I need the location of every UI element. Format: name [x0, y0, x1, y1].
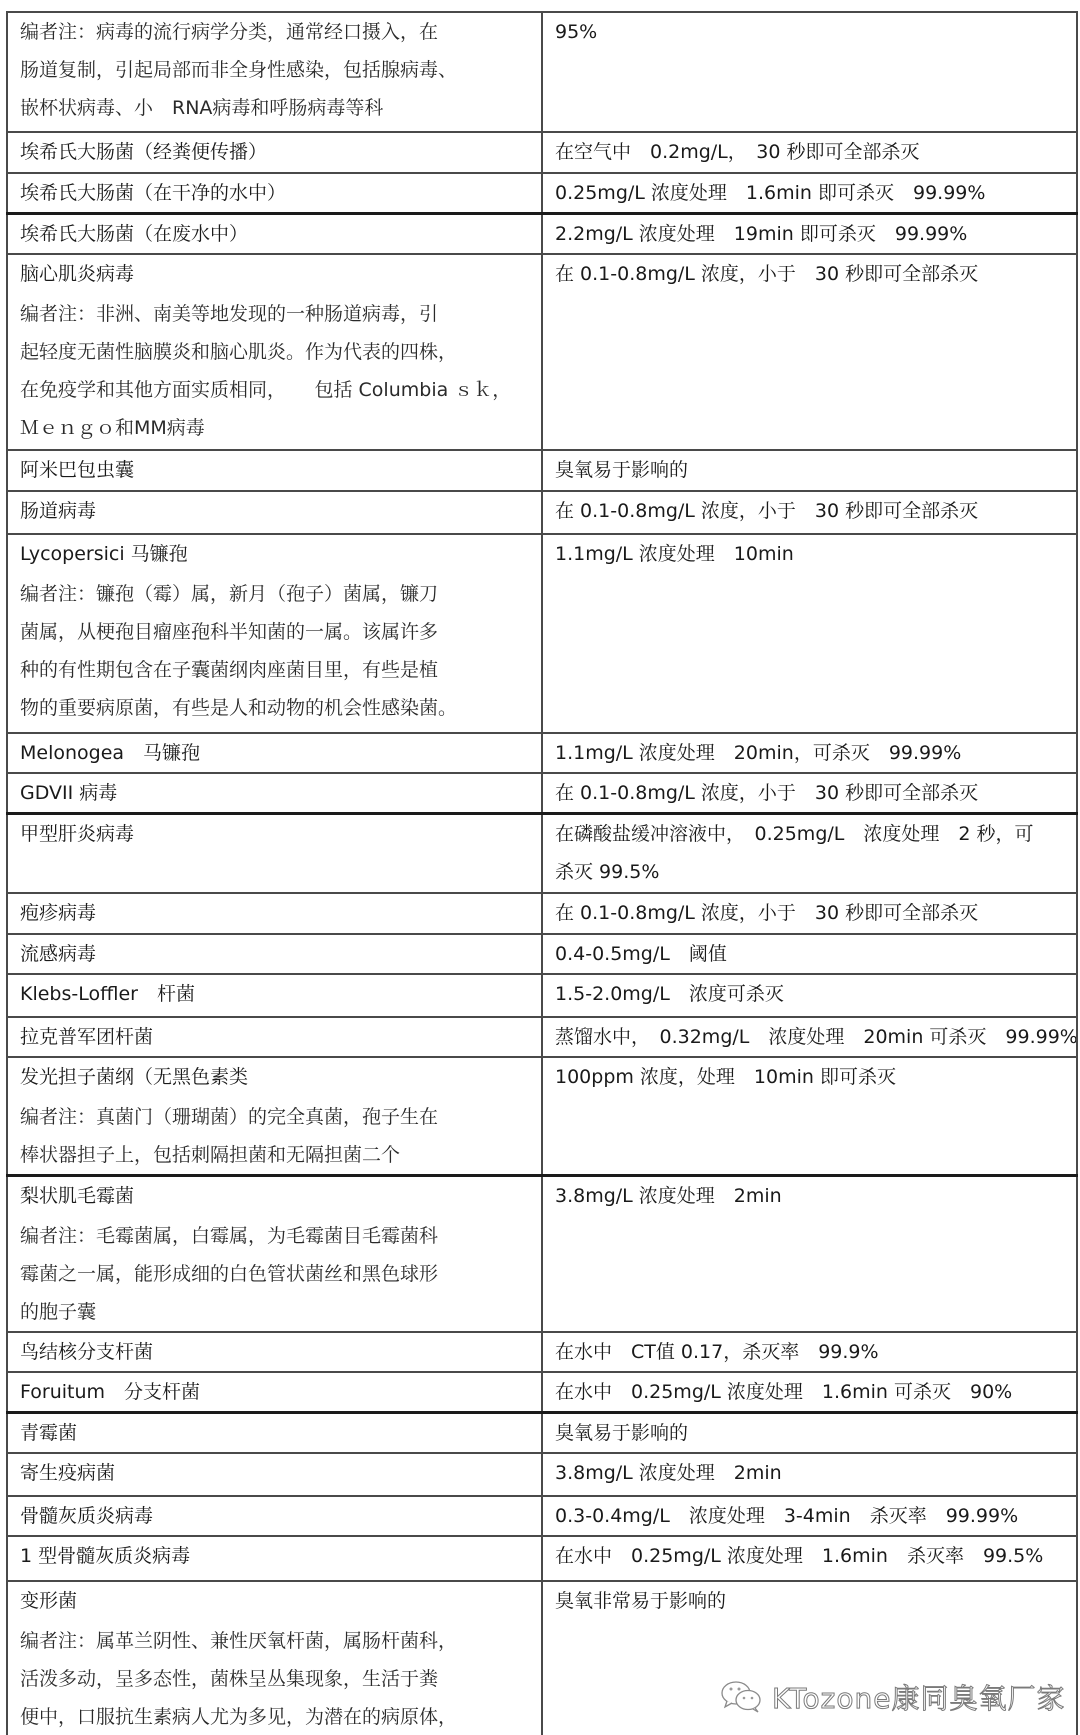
ozone-effect-cell: 95%: [542, 12, 1077, 132]
pathogen-name: 阿米巴包虫囊: [20, 451, 529, 489]
pathogen-name: 甲型肝炎病毒: [20, 815, 529, 853]
pathogen-cell: Foruitum 分支杆菌: [7, 1372, 542, 1413]
table-row: 编者注：病毒的流行病学分类，通常经口摄入，在肠道复制，引起局部而非全身性感染，包…: [7, 12, 1077, 132]
pathogen-cell: 埃希氏大肠菌（在废水中）: [7, 214, 542, 255]
ozone-effect-text: 蒸馏水中， 0.32mg/L 浓度处理 20min 可杀灭 99.99%: [555, 1018, 1064, 1056]
ozone-effect-cell: 2.2mg/L 浓度处理 19min 即可杀灭 99.99%: [542, 214, 1077, 255]
table-row: 青霉菌臭氧易于影响的: [7, 1413, 1077, 1454]
pathogen-name: 埃希氏大肠菌（在废水中）: [20, 215, 529, 253]
pathogen-cell: 甲型肝炎病毒: [7, 814, 542, 893]
pathogen-cell: 梨状肌毛霉菌编者注：毛霉菌属，白霉属，为毛霉菌目毛霉菌科霉菌之一属，能形成细的白…: [7, 1175, 542, 1332]
pathogen-cell: 骨髓灰质炎病毒: [7, 1496, 542, 1536]
table-row: Melonogea 马镰孢1.1mg/L 浓度处理 20min，可杀灭 99.9…: [7, 733, 1077, 773]
ozone-effect-cell: 臭氧易于影响的: [542, 1413, 1077, 1454]
table-row: 1 型骨髓灰质炎病毒在水中 0.25mg/L 浓度处理 1.6min 杀灭率 9…: [7, 1536, 1077, 1581]
watermark-text: KTozone康同臭氧厂家: [772, 1677, 1065, 1717]
pathogen-cell: 寄生疫病菌: [7, 1453, 542, 1496]
editor-note-line: 编者注：镰孢（霉）属，新月（孢子）菌属，镰刀: [20, 575, 529, 613]
table-row: 埃希氏大肠菌（经粪便传播）在空气中 0.2mg/L， 30 秒即可全部杀灭: [7, 132, 1077, 173]
ozone-effect-cell: 在水中 0.25mg/L 浓度处理 1.6min 杀灭率 99.5%: [542, 1536, 1077, 1581]
pathogen-name: 肠道病毒: [20, 492, 529, 530]
ozone-effect-text: 1.1mg/L 浓度处理 10min: [555, 535, 1064, 573]
table-row: 脑心肌炎病毒编者注：非洲、南美等地发现的一种肠道病毒，引起轻度无菌性脑膜炎和脑心…: [7, 254, 1077, 450]
table-row: 寄生疫病菌3.8mg/L 浓度处理 2min: [7, 1453, 1077, 1496]
ozone-effect-cell: 3.8mg/L 浓度处理 2min: [542, 1175, 1077, 1332]
pathogen-cell: 青霉菌: [7, 1413, 542, 1454]
ozone-effect-cell: 0.25mg/L 浓度处理 1.6min 即可杀灭 99.99%: [542, 173, 1077, 214]
ozone-effect-cell: 蒸馏水中， 0.32mg/L 浓度处理 20min 可杀灭 99.99%: [542, 1017, 1077, 1057]
table-row: GDVII 病毒在 0.1-0.8mg/L 浓度，小于 30 秒即可全部杀灭: [7, 773, 1077, 814]
pathogen-name: 拉克普军团杆菌: [20, 1018, 529, 1056]
ozone-effect-text: 0.3-0.4mg/L 浓度处理 3-4min 杀灭率 99.99%: [555, 1497, 1064, 1535]
editor-note-line: 起轻度无菌性脑膜炎和脑心肌炎。作为代表的四株，: [20, 333, 529, 371]
editor-note-line: 编者注：属革兰阴性、兼性厌氧杆菌，属肠杆菌科，: [20, 1622, 529, 1660]
table-row: 阿米巴包虫囊臭氧易于影响的: [7, 450, 1077, 491]
ozone-effect-cell: 在 0.1-0.8mg/L 浓度，小于 30 秒即可全部杀灭: [542, 254, 1077, 450]
ozone-effect-text: 臭氧非常易于影响的: [555, 1582, 1064, 1620]
table-row: 鸟结核分支杆菌在水中 CT值 0.17，杀灭率 99.9%: [7, 1332, 1077, 1372]
ozone-effect-cell: 3.8mg/L 浓度处理 2min: [542, 1453, 1077, 1496]
ozone-effect-text: 臭氧易于影响的: [555, 1414, 1064, 1452]
editor-note-line: 编者注：病毒的流行病学分类，通常经口摄入，在: [20, 13, 529, 51]
pathogen-name: Klebs-Loffler 杆菌: [20, 975, 529, 1013]
ozone-effect-cell: 在磷酸盐缓冲溶液中， 0.25mg/L 浓度处理 2 秒，可杀灭 99.5%: [542, 814, 1077, 893]
ozone-effect-text: 杀灭 99.5%: [555, 853, 1064, 891]
ozone-effect-text: 100ppm 浓度，处理 10min 即可杀灭: [555, 1058, 1064, 1096]
editor-note-line: 在免疫学和其他方面实质相同， 包括 Columbia ｓｋ，: [20, 371, 529, 409]
editor-note-line: 编者注：真菌门（珊瑚菌）的完全真菌，孢子生在: [20, 1098, 529, 1136]
editor-note-line: 嵌杯状病毒、小 RNA病毒和呼肠病毒等科: [20, 89, 529, 127]
ozone-effect-text: 在水中 CT值 0.17，杀灭率 99.9%: [555, 1333, 1064, 1371]
table-row: 甲型肝炎病毒在磷酸盐缓冲溶液中， 0.25mg/L 浓度处理 2 秒，可杀灭 9…: [7, 814, 1077, 893]
pathogen-name: 埃希氏大肠菌（经粪便传播）: [20, 133, 529, 171]
editor-note-line: 编者注：非洲、南美等地发现的一种肠道病毒，引: [20, 295, 529, 333]
ozone-effect-text: 95%: [555, 13, 1064, 51]
ozone-effect-cell: 0.4-0.5mg/L 阈值: [542, 934, 1077, 974]
pathogen-name: Lycopersici 马镰孢: [20, 535, 529, 573]
editor-note-line: 棒状器担子上，包括刺隔担菌和无隔担菌二个: [20, 1136, 529, 1174]
pathogen-cell: 拉克普军团杆菌: [7, 1017, 542, 1057]
ozone-effect-cell: 0.3-0.4mg/L 浓度处理 3-4min 杀灭率 99.99%: [542, 1496, 1077, 1536]
pathogen-name: 寄生疫病菌: [20, 1454, 529, 1492]
ozone-effect-cell: 在 0.1-0.8mg/L 浓度，小于 30 秒即可全部杀灭: [542, 893, 1077, 934]
ozone-effect-text: 在水中 0.25mg/L 浓度处理 1.6min 杀灭率 99.5%: [555, 1537, 1064, 1575]
ozone-effect-cell: 1.1mg/L 浓度处理 10min: [542, 534, 1077, 733]
table-row: Lycopersici 马镰孢编者注：镰孢（霉）属，新月（孢子）菌属，镰刀菌属，…: [7, 534, 1077, 733]
ozone-effect-text: 在 0.1-0.8mg/L 浓度，小于 30 秒即可全部杀灭: [555, 255, 1064, 293]
pathogen-name: 鸟结核分支杆菌: [20, 1333, 529, 1371]
ozone-effect-text: 在水中 0.25mg/L 浓度处理 1.6min 可杀灭 90%: [555, 1373, 1064, 1411]
pathogen-name: 脑心肌炎病毒: [20, 255, 529, 293]
ozone-effect-cell: 1.5-2.0mg/L 浓度可杀灭: [542, 974, 1077, 1017]
ozone-effect-cell: 100ppm 浓度，处理 10min 即可杀灭: [542, 1057, 1077, 1176]
editor-note-line: 编者注：毛霉菌属，白霉属，为毛霉菌目毛霉菌科: [20, 1217, 529, 1255]
pathogen-cell: 变形菌编者注：属革兰阴性、兼性厌氧杆菌，属肠杆菌科，活泼多动，呈多态性，菌株呈丛…: [7, 1581, 542, 1735]
ozone-effect-cell: 在水中 CT值 0.17，杀灭率 99.9%: [542, 1332, 1077, 1372]
ozone-effect-text: 3.8mg/L 浓度处理 2min: [555, 1454, 1064, 1492]
ozone-effect-cell: 臭氧易于影响的: [542, 450, 1077, 491]
pathogen-cell: 鸟结核分支杆菌: [7, 1332, 542, 1372]
editor-note-line: 霉菌之一属，能形成细的白色管状菌丝和黑色球形: [20, 1255, 529, 1293]
pathogen-name: 发光担子菌纲（无黑色素类: [20, 1058, 529, 1096]
pathogen-cell: 流感病毒: [7, 934, 542, 974]
pathogen-name: 疱疹病毒: [20, 894, 529, 932]
ozone-effect-cell: 在 0.1-0.8mg/L 浓度，小于 30 秒即可全部杀灭: [542, 773, 1077, 814]
ozone-effect-text: 1.1mg/L 浓度处理 20min，可杀灭 99.99%: [555, 734, 1064, 772]
ozone-effect-cell: 在 0.1-0.8mg/L 浓度，小于 30 秒即可全部杀灭: [542, 491, 1077, 534]
ozone-effect-text: 在 0.1-0.8mg/L 浓度，小于 30 秒即可全部杀灭: [555, 492, 1064, 530]
pathogen-cell: 埃希氏大肠菌（经粪便传播）: [7, 132, 542, 173]
pathogen-cell: GDVII 病毒: [7, 773, 542, 814]
watermark: KTozone康同臭氧厂家: [720, 1677, 1065, 1717]
pathogen-name: Melonogea 马镰孢: [20, 734, 529, 772]
editor-note-line: Ｍｅｎｇｏ和MM病毒: [20, 409, 529, 447]
ozone-effect-text: 在 0.1-0.8mg/L 浓度，小于 30 秒即可全部杀灭: [555, 894, 1064, 932]
table-row: 埃希氏大肠菌（在废水中）2.2mg/L 浓度处理 19min 即可杀灭 99.9…: [7, 214, 1077, 255]
ozone-effect-cell: 在水中 0.25mg/L 浓度处理 1.6min 可杀灭 90%: [542, 1372, 1077, 1413]
editor-note-line: 的胞子囊: [20, 1293, 529, 1331]
pathogen-name: 梨状肌毛霉菌: [20, 1177, 529, 1215]
pathogen-cell: Klebs-Loffler 杆菌: [7, 974, 542, 1017]
pathogen-name: 骨髓灰质炎病毒: [20, 1497, 529, 1535]
pathogen-cell: 疱疹病毒: [7, 893, 542, 934]
ozone-effect-text: 2.2mg/L 浓度处理 19min 即可杀灭 99.99%: [555, 215, 1064, 253]
table-row: Klebs-Loffler 杆菌1.5-2.0mg/L 浓度可杀灭: [7, 974, 1077, 1017]
table-row: 埃希氏大肠菌（在干净的水中）0.25mg/L 浓度处理 1.6min 即可杀灭 …: [7, 173, 1077, 214]
ozone-effect-text: 臭氧易于影响的: [555, 451, 1064, 489]
pathogen-name: 1 型骨髓灰质炎病毒: [20, 1537, 529, 1575]
pathogen-name: 埃希氏大肠菌（在干净的水中）: [20, 174, 529, 212]
ozone-effect-text: 3.8mg/L 浓度处理 2min: [555, 1177, 1064, 1215]
pathogen-cell: 阿米巴包虫囊: [7, 450, 542, 491]
pathogen-name: GDVII 病毒: [20, 774, 529, 812]
table-body: 编者注：病毒的流行病学分类，通常经口摄入，在肠道复制，引起局部而非全身性感染，包…: [7, 12, 1077, 1735]
pathogen-cell: 脑心肌炎病毒编者注：非洲、南美等地发现的一种肠道病毒，引起轻度无菌性脑膜炎和脑心…: [7, 254, 542, 450]
ozone-effect-text: 1.5-2.0mg/L 浓度可杀灭: [555, 975, 1064, 1013]
ozone-effect-cell: 1.1mg/L 浓度处理 20min，可杀灭 99.99%: [542, 733, 1077, 773]
ozone-effect-text: 0.25mg/L 浓度处理 1.6min 即可杀灭 99.99%: [555, 174, 1064, 212]
editor-note-line: 肠道复制，引起局部而非全身性感染，包括腺病毒、: [20, 51, 529, 89]
pathogen-cell: 发光担子菌纲（无黑色素类编者注：真菌门（珊瑚菌）的完全真菌，孢子生在棒状器担子上…: [7, 1057, 542, 1176]
table-row: 发光担子菌纲（无黑色素类编者注：真菌门（珊瑚菌）的完全真菌，孢子生在棒状器担子上…: [7, 1057, 1077, 1176]
pathogen-cell: 肠道病毒: [7, 491, 542, 534]
pathogen-cell: 1 型骨髓灰质炎病毒: [7, 1536, 542, 1581]
pathogen-cell: 编者注：病毒的流行病学分类，通常经口摄入，在肠道复制，引起局部而非全身性感染，包…: [7, 12, 542, 132]
editor-note-line: 便中，口服抗生素病人尤为多见，为潜在的病原体，: [20, 1698, 529, 1735]
pathogen-name: Foruitum 分支杆菌: [20, 1373, 529, 1411]
editor-note-line: 种的有性期包含在子囊菌纲肉座菌目里，有些是植: [20, 651, 529, 689]
ozone-effect-text: 在空气中 0.2mg/L， 30 秒即可全部杀灭: [555, 133, 1064, 171]
table-row: 肠道病毒在 0.1-0.8mg/L 浓度，小于 30 秒即可全部杀灭: [7, 491, 1077, 534]
pathogen-name: 青霉菌: [20, 1414, 529, 1452]
editor-note-line: 菌属，从梗孢目瘤座孢科半知菌的一属。该属许多: [20, 613, 529, 651]
wechat-icon: [720, 1680, 764, 1714]
table-row: 拉克普军团杆菌蒸馏水中， 0.32mg/L 浓度处理 20min 可杀灭 99.…: [7, 1017, 1077, 1057]
ozone-effect-text: 在磷酸盐缓冲溶液中， 0.25mg/L 浓度处理 2 秒，可: [555, 815, 1064, 853]
pathogen-name: 变形菌: [20, 1582, 529, 1620]
table-row: Foruitum 分支杆菌在水中 0.25mg/L 浓度处理 1.6min 可杀…: [7, 1372, 1077, 1413]
editor-note-line: 物的重要病原菌，有些是人和动物的机会性感染菌。: [20, 689, 529, 727]
table-row: 疱疹病毒在 0.1-0.8mg/L 浓度，小于 30 秒即可全部杀灭: [7, 893, 1077, 934]
ozone-effect-text: 在 0.1-0.8mg/L 浓度，小于 30 秒即可全部杀灭: [555, 774, 1064, 812]
ozone-effect-cell: 在空气中 0.2mg/L， 30 秒即可全部杀灭: [542, 132, 1077, 173]
pathogen-cell: Melonogea 马镰孢: [7, 733, 542, 773]
table-row: 骨髓灰质炎病毒0.3-0.4mg/L 浓度处理 3-4min 杀灭率 99.99…: [7, 1496, 1077, 1536]
pathogen-cell: Lycopersici 马镰孢编者注：镰孢（霉）属，新月（孢子）菌属，镰刀菌属，…: [7, 534, 542, 733]
pathogen-cell: 埃希氏大肠菌（在干净的水中）: [7, 173, 542, 214]
pathogen-name: 流感病毒: [20, 935, 529, 973]
table-row: 流感病毒0.4-0.5mg/L 阈值: [7, 934, 1077, 974]
table-row: 梨状肌毛霉菌编者注：毛霉菌属，白霉属，为毛霉菌目毛霉菌科霉菌之一属，能形成细的白…: [7, 1175, 1077, 1332]
ozone-pathogen-table: 编者注：病毒的流行病学分类，通常经口摄入，在肠道复制，引起局部而非全身性感染，包…: [6, 11, 1078, 1735]
editor-note-line: 活泼多动，呈多态性，菌株呈丛集现象，生活于粪: [20, 1660, 529, 1698]
ozone-effect-text: 0.4-0.5mg/L 阈值: [555, 935, 1064, 973]
